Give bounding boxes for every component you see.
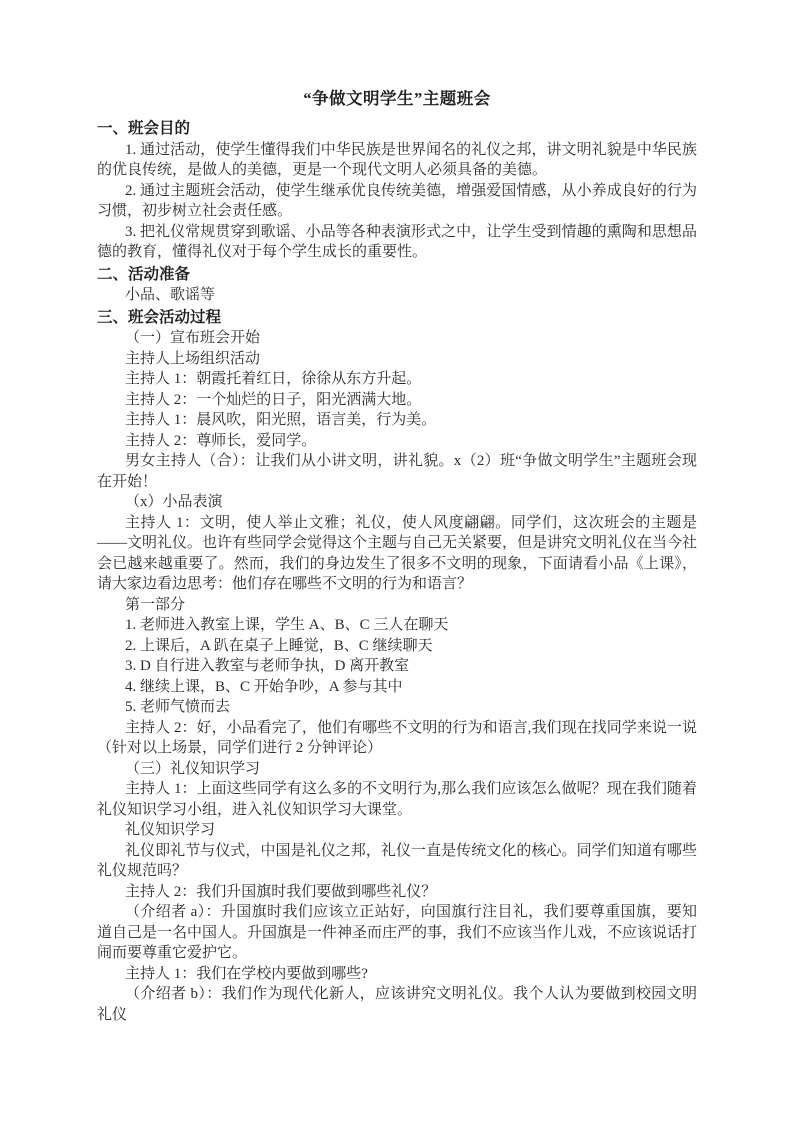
paragraph: 男女主持人（合）：让我们从小讲文明，讲礼貌。x（2）班“争做文明学生”主题班会现… bbox=[97, 451, 697, 492]
section-heading: 一、班会目的 bbox=[97, 117, 697, 140]
paragraph: 1. 通过活动，使学生懂得我们中华民族是世界闻名的礼仪之邦，讲文明礼貌是中华民族… bbox=[97, 140, 697, 181]
paragraph: 主持人 1：我们在学校内要做到哪些? bbox=[97, 964, 697, 985]
document-page: “争做文明学生”主题班会 一、班会目的1. 通过活动，使学生懂得我们中华民族是世… bbox=[0, 0, 793, 1122]
paragraph: （介绍者 b）：我们作为现代化新人，应该讲究文明礼仪。我个人认为要做到校园文明礼… bbox=[97, 984, 697, 1025]
paragraph: 主持人 1：上面这些同学有这么多的不文明行为,那么我们应该怎么做呢？现在我们随着… bbox=[97, 779, 697, 820]
paragraph: 主持人 2：一个灿烂的日子，阳光洒满大地。 bbox=[97, 390, 697, 411]
paragraph: 3. 把礼仪常规贯穿到歌谣、小品等各种表演形式之中，让学生受到情趣的熏陶和思想品… bbox=[97, 222, 697, 263]
paragraph: 主持人 2：我们升国旗时我们要做到哪些礼仪？ bbox=[97, 882, 697, 903]
paragraph: 主持人 2：尊师长，爱同学。 bbox=[97, 431, 697, 452]
document-content: “争做文明学生”主题班会 一、班会目的1. 通过活动，使学生懂得我们中华民族是世… bbox=[97, 88, 697, 1025]
paragraph: 4. 继续上课，B、C 开始争吵，A 参与其中 bbox=[97, 677, 697, 698]
paragraph: 1. 老师进入教室上课，学生 A、B、C 三人在聊天 bbox=[97, 615, 697, 636]
paragraph: 主持人 2：好，小品看完了，他们有哪些不文明的行为和语言,我们现在找同学来说一说… bbox=[97, 718, 697, 759]
paragraph: （一）宣布班会开始 bbox=[97, 328, 697, 349]
paragraph: 礼仪知识学习 bbox=[97, 820, 697, 841]
paragraph: 礼仪即礼节与仪式，中国是礼仪之邦，礼仪一直是传统文化的核心。同学们知道有哪些礼仪… bbox=[97, 841, 697, 882]
paragraph: 主持人上场组织活动 bbox=[97, 349, 697, 370]
paragraph: 3. D 自行进入教室与老师争执，D 离开教室 bbox=[97, 656, 697, 677]
paragraph: 第一部分 bbox=[97, 595, 697, 616]
document-title: “争做文明学生”主题班会 bbox=[97, 88, 697, 110]
paragraph: 主持人 1：朝霞托着红日，徐徐从东方升起。 bbox=[97, 369, 697, 390]
section-heading: 二、活动准备 bbox=[97, 263, 697, 286]
paragraph: （介绍者 a）：升国旗时我们应该立正站好，向国旗行注目礼，我们要尊重国旗，要知道… bbox=[97, 902, 697, 964]
paragraph: 2. 上课后，A 趴在桌子上睡觉，B、C 继续聊天 bbox=[97, 636, 697, 657]
section-heading: 三、班会活动过程 bbox=[97, 306, 697, 329]
paragraph: 5. 老师气愤而去 bbox=[97, 697, 697, 718]
paragraph: 主持人 1：文明，使人举止文雅；礼仪，使人风度翩翩。同学们，这次班会的主题是——… bbox=[97, 513, 697, 595]
paragraph: 小品、歌谣等 bbox=[97, 285, 697, 306]
paragraph: 2. 通过主题班会活动，使学生继承优良传统美德，增强爱国情感，从小养成良好的行为… bbox=[97, 181, 697, 222]
paragraph: （x）小品表演 bbox=[97, 492, 697, 513]
paragraph: 主持人 1：晨风吹，阳光照，语言美，行为美。 bbox=[97, 410, 697, 431]
paragraph: （三）礼仪知识学习 bbox=[97, 759, 697, 780]
document-body: 一、班会目的1. 通过活动，使学生懂得我们中华民族是世界闻名的礼仪之邦，讲文明礼… bbox=[97, 117, 697, 1025]
